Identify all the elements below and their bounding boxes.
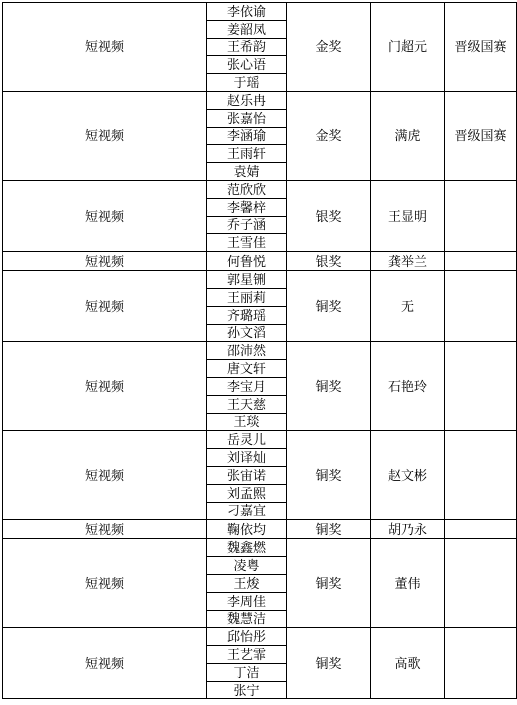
award-cell: 银奖 (287, 180, 371, 251)
advisor-cell: 胡乃永 (371, 520, 445, 539)
advisor-cell: 董伟 (371, 539, 445, 628)
advisor-cell: 无 (371, 271, 445, 342)
member-name-cell: 张嘉怡 (207, 109, 287, 127)
category-cell: 短视频 (3, 431, 207, 520)
member-name-cell: 王雪佳 (207, 234, 287, 252)
table-row: 短视频何鲁悦银奖龚举兰 (3, 252, 517, 271)
member-name-cell: 张心语 (207, 56, 287, 74)
table-row: 短视频岳灵儿铜奖赵文彬 (3, 431, 517, 449)
advisor-cell: 满虎 (371, 91, 445, 180)
table-row: 短视频郭星铏铜奖无 (3, 271, 517, 289)
member-name-cell: 刘孟熙 (207, 484, 287, 502)
status-cell (445, 520, 517, 539)
status-cell (445, 271, 517, 342)
advisor-cell: 高歌 (371, 628, 445, 699)
table-row: 短视频鞠依均铜奖胡乃永 (3, 520, 517, 539)
awards-table: 短视频李依谕金奖门超元晋级国赛姜韶凤王希韵张心语于瑶短视频赵乐冉金奖满虎晋级国赛… (2, 2, 517, 699)
award-cell: 铜奖 (287, 520, 371, 539)
advisor-cell: 石艳玲 (371, 342, 445, 431)
member-name-cell: 张宙诺 (207, 466, 287, 484)
table-row: 短视频范欣欣银奖王显明 (3, 180, 517, 198)
award-cell: 铜奖 (287, 539, 371, 628)
member-name-cell: 王艺霏 (207, 646, 287, 664)
table-row: 短视频赵乐冉金奖满虎晋级国赛 (3, 91, 517, 109)
advisor-cell: 龚举兰 (371, 252, 445, 271)
category-cell: 短视频 (3, 180, 207, 251)
table-row: 短视频李依谕金奖门超元晋级国赛 (3, 3, 517, 21)
award-cell: 铜奖 (287, 342, 371, 431)
member-name-cell: 刁嘉宜 (207, 502, 287, 520)
member-name-cell: 乔子涵 (207, 216, 287, 234)
award-cell: 铜奖 (287, 431, 371, 520)
table-row: 短视频邱怡彤铜奖高歌 (3, 628, 517, 646)
status-cell (445, 252, 517, 271)
member-name-cell: 邵沛然 (207, 342, 287, 360)
member-name-cell: 袁婧 (207, 163, 287, 181)
member-name-cell: 王雨轩 (207, 145, 287, 163)
member-name-cell: 李涵瑜 (207, 127, 287, 145)
member-name-cell: 王丽莉 (207, 288, 287, 306)
status-cell: 晋级国赛 (445, 3, 517, 92)
member-name-cell: 李依谕 (207, 3, 287, 21)
category-cell: 短视频 (3, 628, 207, 699)
award-cell: 银奖 (287, 252, 371, 271)
category-cell: 短视频 (3, 252, 207, 271)
category-cell: 短视频 (3, 91, 207, 180)
member-name-cell: 岳灵儿 (207, 431, 287, 449)
category-cell: 短视频 (3, 342, 207, 431)
category-cell: 短视频 (3, 3, 207, 92)
member-name-cell: 王希韵 (207, 38, 287, 56)
status-cell (445, 628, 517, 699)
award-cell: 金奖 (287, 3, 371, 92)
member-name-cell: 王焌 (207, 574, 287, 592)
member-name-cell: 郭星铏 (207, 271, 287, 289)
member-name-cell: 李周佳 (207, 592, 287, 610)
member-name-cell: 赵乐冉 (207, 91, 287, 109)
member-name-cell: 范欣欣 (207, 180, 287, 198)
status-cell (445, 180, 517, 251)
member-name-cell: 李宝月 (207, 377, 287, 395)
member-name-cell: 鞠依均 (207, 520, 287, 539)
member-name-cell: 凌粤 (207, 557, 287, 575)
status-cell (445, 539, 517, 628)
status-cell (445, 431, 517, 520)
status-cell (445, 342, 517, 431)
member-name-cell: 刘译灿 (207, 449, 287, 467)
category-cell: 短视频 (3, 520, 207, 539)
member-name-cell: 王天慈 (207, 395, 287, 413)
member-name-cell: 唐文轩 (207, 360, 287, 378)
member-name-cell: 李馨梓 (207, 198, 287, 216)
member-name-cell: 齐璐瑶 (207, 306, 287, 324)
award-cell: 铜奖 (287, 271, 371, 342)
member-name-cell: 张宁 (207, 681, 287, 699)
advisor-cell: 王显明 (371, 180, 445, 251)
advisor-cell: 赵文彬 (371, 431, 445, 520)
award-cell: 铜奖 (287, 628, 371, 699)
member-name-cell: 于瑶 (207, 74, 287, 92)
status-cell: 晋级国赛 (445, 91, 517, 180)
member-name-cell: 王琰 (207, 413, 287, 431)
member-name-cell: 魏慧洁 (207, 610, 287, 628)
member-name-cell: 邱怡彤 (207, 628, 287, 646)
member-name-cell: 孙文滔 (207, 324, 287, 342)
member-name-cell: 丁洁 (207, 663, 287, 681)
table-row: 短视频邵沛然铜奖石艳玲 (3, 342, 517, 360)
category-cell: 短视频 (3, 539, 207, 628)
member-name-cell: 姜韶凤 (207, 20, 287, 38)
member-name-cell: 魏鑫燃 (207, 539, 287, 557)
award-cell: 金奖 (287, 91, 371, 180)
advisor-cell: 门超元 (371, 3, 445, 92)
member-name-cell: 何鲁悦 (207, 252, 287, 271)
category-cell: 短视频 (3, 271, 207, 342)
table-row: 短视频魏鑫燃铜奖董伟 (3, 539, 517, 557)
